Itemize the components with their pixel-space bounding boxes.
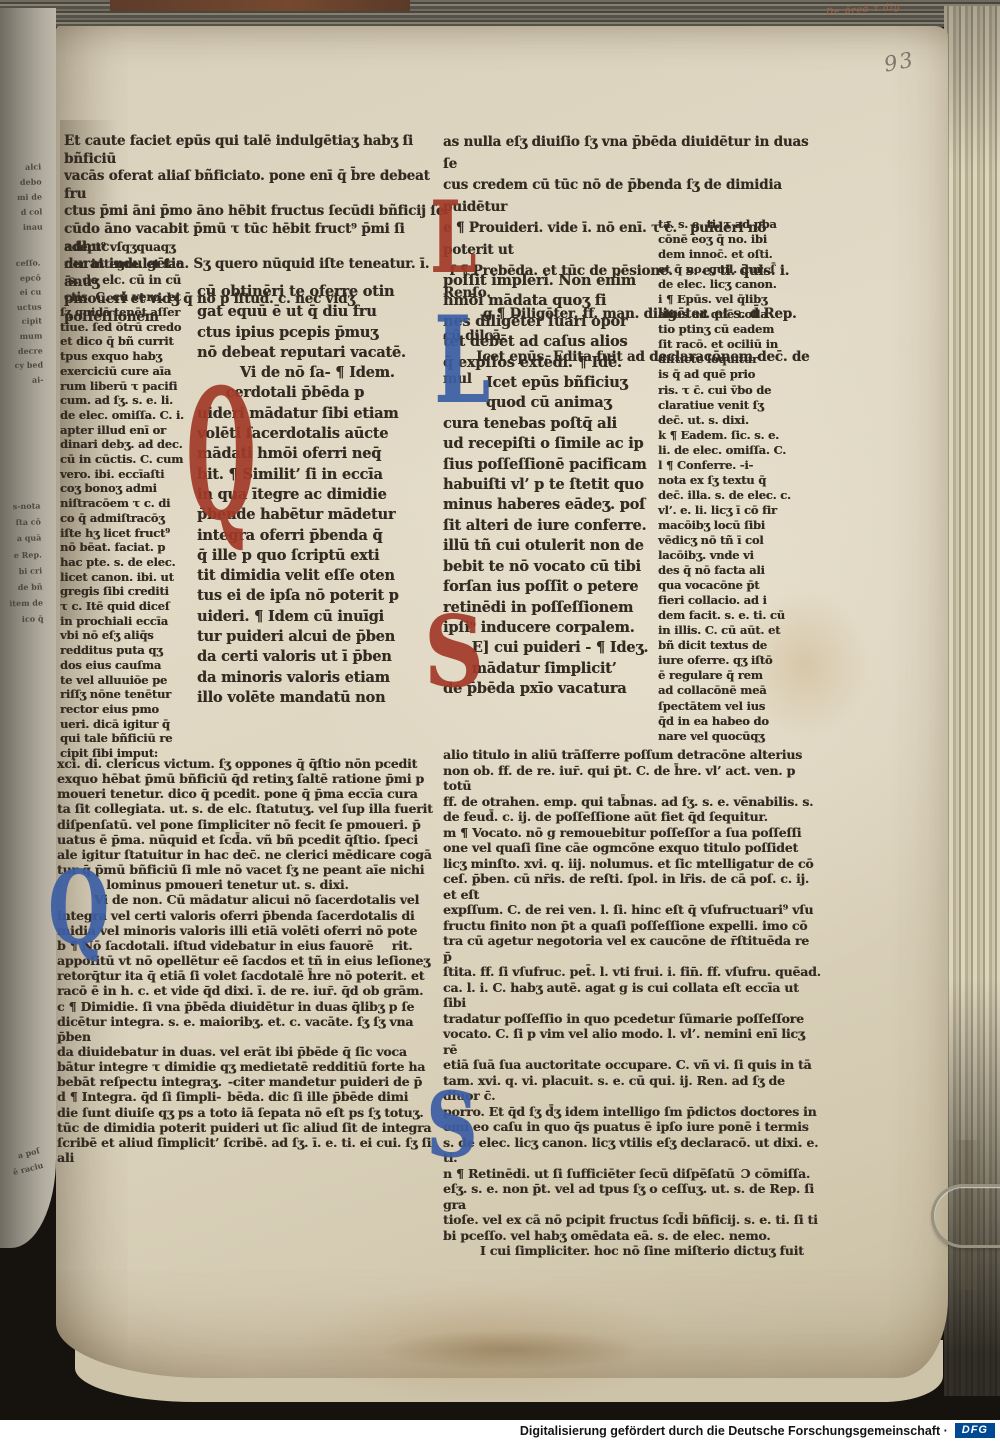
dfg-logo: DFG	[955, 1423, 995, 1438]
binding-leather-strip	[110, 0, 410, 11]
illuminated-initial-Q-red: Q	[186, 366, 256, 545]
digitization-credit-text: Digitalisierung gefördert durch die Deut…	[520, 1424, 948, 1438]
illuminated-initial-L-blue: L	[434, 300, 490, 420]
margin-text-fragment: alci debo mi de d col inau	[0, 159, 43, 235]
digitized-manuscript-photo: alci debo mi de d col inau ceſſo. epcō e…	[0, 0, 1000, 1441]
margin-text-fragment: ceſſo. epcō ei cu uctus cipit mum decre …	[0, 255, 44, 387]
gloss-column-right: ta. s. e. ti. τ ad pba cōnē eoʒ q̄ no. i…	[658, 217, 810, 744]
digitization-footer: Digitalisierung gefördert durch die Deut…	[0, 1420, 1000, 1441]
illuminated-initial-Q-blue: Q	[48, 858, 109, 960]
page-clip	[931, 1184, 1000, 1248]
text-block-bottom-right: alio titulo in aliū trāſferre poſſum det…	[443, 747, 821, 1259]
illuminated-initial-L-red: L	[430, 188, 477, 288]
text-block-bottom-left: xci. di. clericus victum. ſʒ oppones q̄ …	[57, 756, 441, 1165]
illuminated-initial-S-blue: S	[426, 1080, 478, 1170]
gloss-column-left: ſʒ quidā tenēt aſſer tiue. ſed ōtrū cred…	[60, 305, 198, 761]
illuminated-initial-S-red: S	[424, 604, 484, 702]
margin-text-fragment: s-nota ſta cō a quā e Rep. bi cri de bñ …	[0, 497, 44, 628]
text-block-top-left-narrow: adept⁹ vſqʒquaqʒ nec integre. et fac ·s.…	[64, 239, 192, 305]
